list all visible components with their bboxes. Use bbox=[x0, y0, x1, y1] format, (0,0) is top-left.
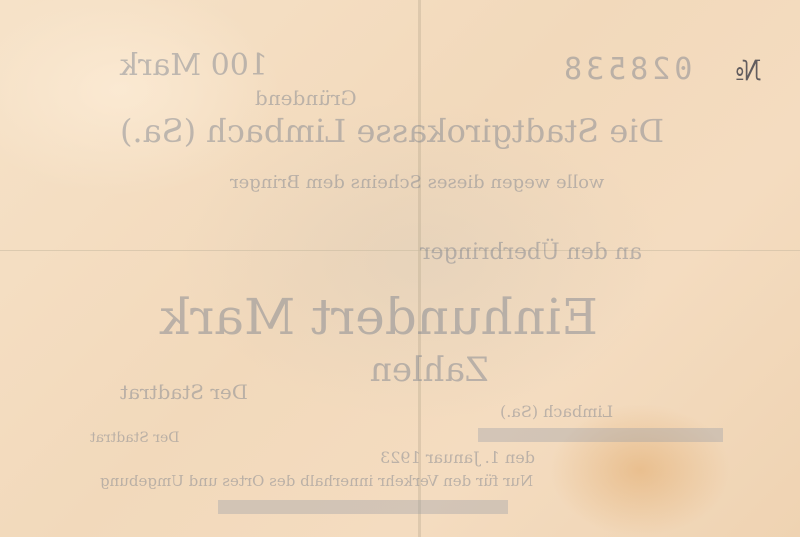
denomination-top: 100 Mark bbox=[120, 48, 268, 83]
line-gruende: Gründend bbox=[255, 86, 357, 110]
amount-words-2: Zahlen bbox=[370, 350, 489, 390]
banknote-reverse: 100 Mark 028538 № Gründend Die Stadtgiro… bbox=[0, 0, 800, 537]
serial-number: 028538 bbox=[560, 52, 692, 87]
print-bar-upper bbox=[478, 428, 723, 442]
print-bar-lower bbox=[218, 500, 508, 514]
serial-prefix: № bbox=[735, 54, 762, 87]
issuer: Die Stadtgirokasse Limbach (Sa.) bbox=[120, 112, 664, 150]
amount-words: Einhundert Mark bbox=[160, 288, 598, 346]
bleed-line-left: Der Stadtrat bbox=[90, 430, 179, 446]
footer-line: Nur für den Verkehr innerhalb des Ortes … bbox=[100, 472, 533, 490]
line-payto: wolle wegen dieses Scheins dem Bringer bbox=[230, 172, 604, 193]
date-line: den 1. Januar 1923 bbox=[380, 448, 535, 467]
signature-label: Der Stadtrat bbox=[120, 380, 248, 404]
horizontal-crease bbox=[0, 250, 800, 251]
line-bearer: an den Überbringer bbox=[420, 240, 642, 265]
place: Limbach (Sa.) bbox=[500, 402, 613, 421]
